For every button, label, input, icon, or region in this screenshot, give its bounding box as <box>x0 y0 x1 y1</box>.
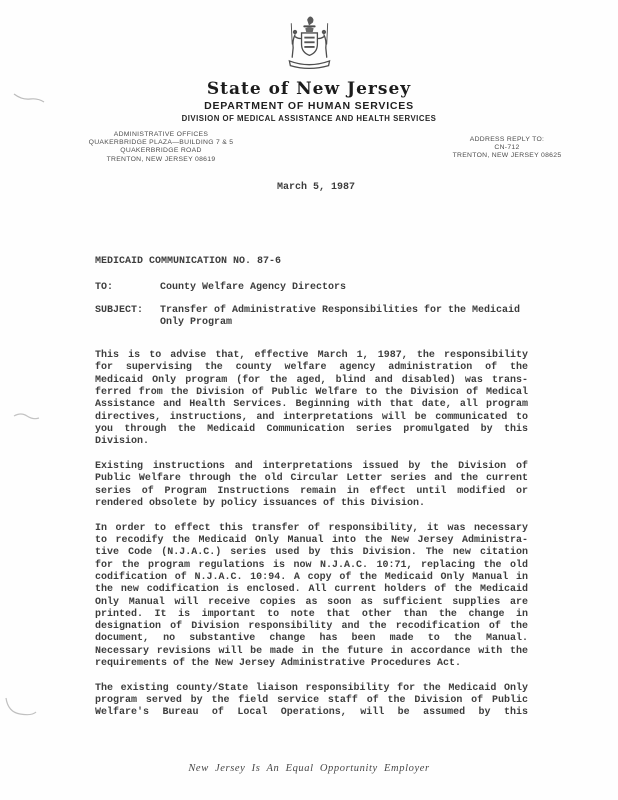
text-line: codification of N.J.A.C. 10:94. A copy o… <box>95 572 528 584</box>
letter-paragraph: In order to effect this transfer of resp… <box>95 523 528 671</box>
new-jersey-coat-of-arms-icon <box>281 14 337 78</box>
text-line: rendered obsolete by policy issuances of… <box>95 498 528 510</box>
reply-address: ADDRESS REPLY TO:CN-712TRENTON, NEW JERS… <box>398 136 616 161</box>
text-line: program served by the field service staf… <box>95 695 528 707</box>
text-line: ADDRESS REPLY TO: <box>398 136 616 144</box>
letter-paragraphs: This is to advise that, effective March … <box>95 350 528 720</box>
subject-row: SUBJECT: Transfer of Administrative Resp… <box>95 305 528 330</box>
text-line: Transfer of Administrative Responsibilit… <box>160 305 528 317</box>
letter-date: March 5, 1987 <box>277 182 355 194</box>
text-line: TRENTON, NEW JERSEY 08625 <box>398 152 616 160</box>
pencil-squiggle-mark <box>12 90 46 106</box>
subject-label: SUBJECT: <box>95 305 160 330</box>
letterhead: State of New Jersey DEPARTMENT OF HUMAN … <box>0 14 618 124</box>
text-line: for supervising the county welfare agenc… <box>95 362 528 374</box>
text-line: Necessary revisions will be made in the … <box>95 646 528 658</box>
text-line: Medicaid Only program (for the aged, bli… <box>95 375 528 387</box>
text-line: In order to effect this transfer of resp… <box>95 523 528 535</box>
to-label: TO: <box>95 282 160 294</box>
text-line: ADMINISTRATIVE OFFICES <box>22 131 300 139</box>
text-line: QUAKERBRIDGE PLAZA—BUILDING 7 & 5 <box>22 139 300 147</box>
state-name: State of New Jersey <box>0 80 618 99</box>
pencil-squiggle-mark <box>2 694 40 720</box>
text-line: QUAKERBRIDGE ROAD <box>22 147 300 155</box>
scanned-letter-page: State of New Jersey DEPARTMENT OF HUMAN … <box>0 0 618 800</box>
text-line: directives, instructions, and interpreta… <box>95 412 528 424</box>
text-line: CN-712 <box>398 144 616 152</box>
text-line: Existing instructions and interpretation… <box>95 461 528 473</box>
subject-value: Transfer of Administrative Responsibilit… <box>160 305 528 330</box>
administrative-offices-address: ADMINISTRATIVE OFFICESQUAKERBRIDGE PLAZA… <box>22 131 300 164</box>
text-line: This is to advise that, effective March … <box>95 350 528 362</box>
to-value: County Welfare Agency Directors <box>160 282 528 294</box>
text-line: tive Code (N.J.A.C.) series used by this… <box>95 547 528 559</box>
text-line: Division. <box>95 436 528 448</box>
text-line: Only Manual will receive copies as soon … <box>95 597 528 609</box>
text-line: The existing county/State liaison respon… <box>95 683 528 695</box>
text-line: document, no substantive change has been… <box>95 633 528 645</box>
to-row: TO: County Welfare Agency Directors <box>95 282 528 294</box>
text-line: the new codification is enclosed. All cu… <box>95 584 528 596</box>
text-line: for the program regulations is now N.J.A… <box>95 560 528 572</box>
text-line: requirements of the New Jersey Administr… <box>95 658 528 670</box>
text-line: Assistance and Health Services. Beginnin… <box>95 399 528 411</box>
text-line: you through the Medicaid Communication s… <box>95 424 528 436</box>
letter-body: MEDICAID COMMUNICATION NO. 87-6 TO: Coun… <box>95 256 528 720</box>
communication-number: MEDICAID COMMUNICATION NO. 87-6 <box>95 256 528 268</box>
letter-paragraph: The existing county/State liaison respon… <box>95 683 528 720</box>
text-line: Only Program <box>160 317 528 329</box>
text-line: ferred from the Division of Public Welfa… <box>95 387 528 399</box>
text-line: TRENTON, NEW JERSEY 08619 <box>22 156 300 164</box>
text-line: series of Program Instructions remain in… <box>95 486 528 498</box>
letter-paragraph: Existing instructions and interpretation… <box>95 461 528 510</box>
text-line: designation of Division responsibility a… <box>95 621 528 633</box>
letter-paragraph: This is to advise that, effective March … <box>95 350 528 448</box>
equal-opportunity-footer: New Jersey Is An Equal Opportunity Emplo… <box>0 763 618 774</box>
division-name: DIVISION OF MEDICAL ASSISTANCE AND HEALT… <box>0 114 618 124</box>
pencil-squiggle-mark <box>13 410 41 424</box>
text-line: Welfare's Bureau of Local Operations, wi… <box>95 707 528 719</box>
department-name: DEPARTMENT OF HUMAN SERVICES <box>0 100 618 113</box>
text-line: Public Welfare through the old Circular … <box>95 473 528 485</box>
text-line: to recodify the Medicaid Only Manual int… <box>95 535 528 547</box>
text-line: printed. It is important to note that ot… <box>95 609 528 621</box>
